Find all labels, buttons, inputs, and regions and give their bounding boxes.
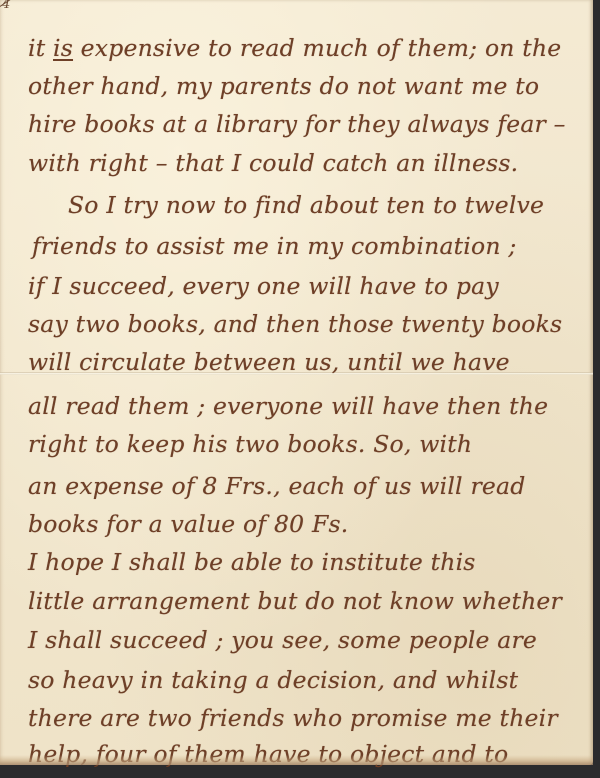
page-number-mark: 4 — [0, 0, 32, 22]
text-line-12: an expense of 8 Frs., each of us will re… — [28, 472, 525, 500]
text-line-19: help, four of them have to object and to — [28, 740, 508, 768]
text-line-13: books for a value of 80 Fs. — [28, 510, 348, 538]
text-line-7: if I succeed, every one will have to pay — [28, 272, 499, 300]
line-1-end: expensive to read much of them; on the — [73, 34, 561, 62]
text-line-6: friends to assist me in my combination ; — [32, 232, 516, 260]
text-line-16: I shall succeed ; you see, some people a… — [28, 626, 537, 654]
text-line-2: other hand, my parents do not want me to — [28, 72, 539, 100]
letter-paper: 4 it is expensive to read much of them; … — [0, 0, 593, 765]
text-line-14: I hope I shall be able to institute this — [28, 548, 476, 576]
text-line-10: all read them ; everyone will have then … — [28, 392, 548, 420]
scanned-page: 4 it is expensive to read much of them; … — [0, 0, 600, 778]
text-line-17: so heavy in taking a decision, and whils… — [28, 666, 518, 694]
text-line-9: will circulate between us, until we have — [28, 348, 510, 376]
text-line-4: with right – that I could catch an illne… — [28, 149, 518, 177]
line-1-start: it — [28, 34, 53, 62]
text-line-5: So I try now to find about ten to twelve — [68, 191, 544, 219]
text-line-11: right to keep his two books. So, with — [28, 430, 472, 458]
text-line-8: say two books, and then those twenty boo… — [28, 310, 562, 338]
text-line-1: it is expensive to read much of them; on… — [28, 34, 561, 62]
text-line-18: there are two friends who promise me the… — [28, 704, 558, 732]
text-line-3: hire books at a library for they always … — [28, 110, 566, 138]
underlined-word: is — [53, 34, 73, 62]
text-line-15: little arrangement but do not know wheth… — [28, 587, 562, 615]
